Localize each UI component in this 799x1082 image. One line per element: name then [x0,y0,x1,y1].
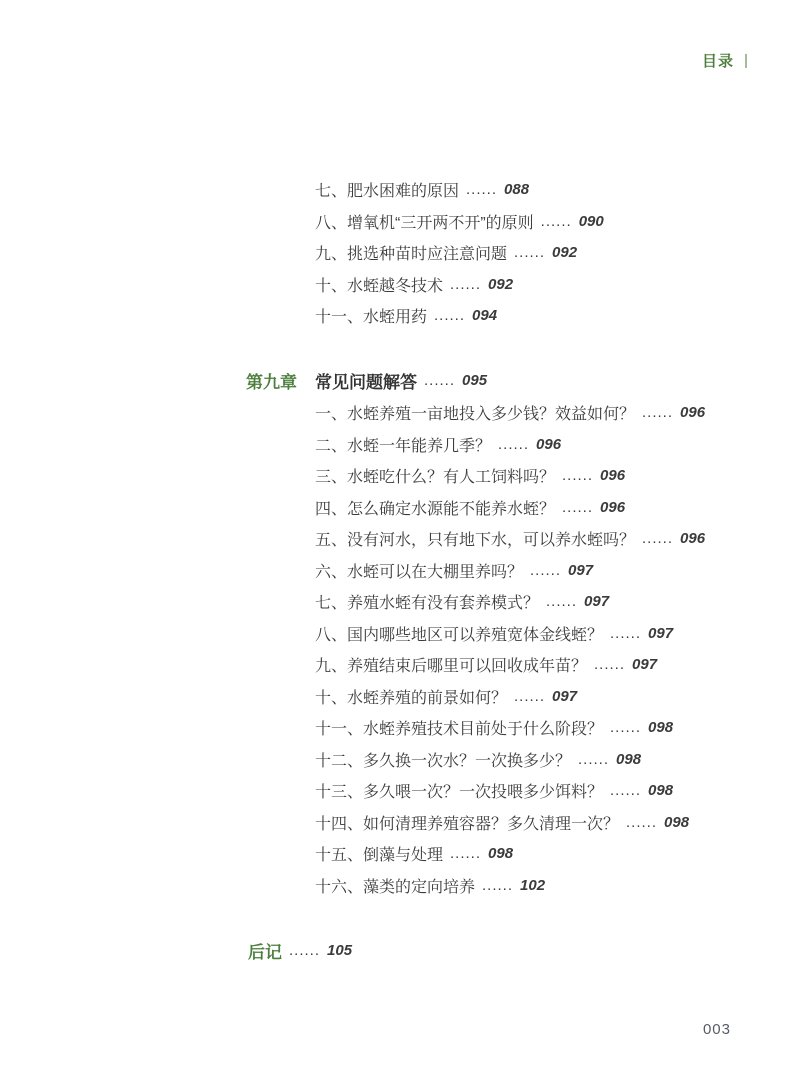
toc-entry-page: 096 [600,499,625,516]
toc-entry-label: 十六、藻类的定向培养 [315,874,475,897]
toc-page: 目录 七、肥水困难的原因 ...... 088 八、增氧机“三开两不开”的原则 … [0,0,799,1082]
toc-entry: 八、增氧机“三开两不开”的原则 ...... 090 [315,206,604,238]
toc-entry-page: 097 [568,562,593,579]
backmatter-title: 后记 [248,938,282,963]
toc-leader-dots: ...... [594,656,625,673]
toc-entry: 一、水蛭养殖一亩地投入多少钱？效益如何？ ...... 096 [315,397,705,429]
toc-entry-label: 十一、水蛭养殖技术目前处于什么阶段？ [315,716,603,739]
toc-entry: 十四、如何清理养殖容器？多久清理一次？ ...... 098 [315,807,705,839]
toc-entry: 四、怎么确定水源能不能养水蛭？ ...... 096 [315,492,705,524]
toc-leader-dots: ...... [546,593,577,610]
toc-entry: 五、没有河水，只有地下水，可以养水蛭吗？ ...... 096 [315,523,705,555]
toc-leader-dots: ...... [424,372,455,389]
toc-entry-label: 三、水蛭吃什么？有人工饲料吗？ [315,464,555,487]
toc-entry-page: 097 [648,625,673,642]
toc-leader-dots: ...... [450,276,481,293]
chapter-title: 常见问题解答 [315,368,417,393]
toc-entry: 八、国内哪些地区可以养殖宽体金线蛭？ ...... 097 [315,618,705,650]
toc-entry-label: 十、水蛭越冬技术 [315,273,443,296]
toc-entry-label: 五、没有河水，只有地下水，可以养水蛭吗？ [315,527,635,550]
toc-entry: 十、水蛭越冬技术 ...... 092 [315,269,604,301]
toc-leader-dots: ...... [626,814,657,831]
toc-leader-dots: ...... [434,307,465,324]
toc-leader-dots: ...... [610,782,641,799]
backmatter-page: 105 [327,942,352,959]
toc-entry-page: 098 [488,845,513,862]
toc-entry-label: 六、水蛭可以在大棚里养吗？ [315,559,523,582]
toc-entry-label: 四、怎么确定水源能不能养水蛭？ [315,496,555,519]
toc-entry-label: 十二、多久换一次水？一次换多少？ [315,748,571,771]
toc-entry: 二、水蛭一年能养几季？ ...... 096 [315,429,705,461]
toc-entry-page: 094 [472,307,497,324]
toc-leader-dots: ...... [514,688,545,705]
toc-entry-label: 九、养殖结束后哪里可以回收成年苗？ [315,653,587,676]
toc-leader-dots: ...... [562,467,593,484]
backmatter-heading: 后记 ...... 105 [248,936,352,964]
toc-entry: 十、水蛭养殖的前景如何？ ...... 097 [315,681,705,713]
toc-entry-label: 七、养殖水蛭有没有套养模式？ [315,590,539,613]
toc-leader-dots: ...... [610,719,641,736]
chapter-heading: 第九章 常见问题解答 ...... 095 [246,366,487,394]
toc-entry-label: 十三、多久喂一次？一次投喂多少饵料？ [315,779,603,802]
toc-leader-dots: ...... [289,942,320,959]
toc-leader-dots: ...... [610,625,641,642]
toc-entry-label: 八、增氧机“三开两不开”的原则 [315,210,534,233]
toc-leader-dots: ...... [562,499,593,516]
toc-entry: 十三、多久喂一次？一次投喂多少饵料？ ...... 098 [315,775,705,807]
header-title: 目录 [702,50,734,71]
toc-entry-page: 098 [648,719,673,736]
toc-entry-label: 七、肥水困难的原因 [315,178,459,201]
toc-leader-dots: ...... [642,530,673,547]
toc-entry-label: 一、水蛭养殖一亩地投入多少钱？效益如何？ [315,401,635,424]
toc-entry-page: 092 [552,244,577,261]
toc-entry-label: 八、国内哪些地区可以养殖宽体金线蛭？ [315,622,603,645]
toc-leader-dots: ...... [578,751,609,768]
toc-entry-label: 十一、水蛭用药 [315,304,427,327]
toc-entry: 七、肥水困难的原因 ...... 088 [315,174,604,206]
toc-entry-page: 097 [632,656,657,673]
toc-entry: 九、养殖结束后哪里可以回收成年苗？ ...... 097 [315,649,705,681]
toc-leader-dots: ...... [498,436,529,453]
toc-entry: 十一、水蛭用药 ...... 094 [315,300,604,332]
chapter-number: 第九章 [246,368,315,393]
toc-entry: 七、养殖水蛭有没有套养模式？ ...... 097 [315,586,705,618]
toc-entry: 六、水蛭可以在大棚里养吗？ ...... 097 [315,555,705,587]
toc-leader-dots: ...... [466,181,497,198]
toc-entry-page: 102 [520,877,545,894]
folio-page-number: 003 [703,1021,731,1038]
toc-entry-label: 十五、倒藻与处理 [315,842,443,865]
toc-entry: 十五、倒藻与处理 ...... 098 [315,838,705,870]
toc-entry-page: 092 [488,276,513,293]
header-separator-bar [745,54,747,68]
toc-entry-label: 九、挑选种苗时应注意问题 [315,241,507,264]
toc-entry-page: 096 [680,404,705,421]
toc-entry-page: 098 [616,751,641,768]
toc-entry: 十一、水蛭养殖技术目前处于什么阶段？ ...... 098 [315,712,705,744]
page-header: 目录 [702,50,747,71]
toc-entry-page: 097 [552,688,577,705]
toc-entry: 十二、多久换一次水？一次换多少？ ...... 098 [315,744,705,776]
toc-leader-dots: ...... [482,877,513,894]
toc-entry-label: 十、水蛭养殖的前景如何？ [315,685,507,708]
toc-entry-label: 二、水蛭一年能养几季？ [315,433,491,456]
toc-entry-page: 096 [600,467,625,484]
toc-entry-page: 090 [579,213,604,230]
toc-continued-section: 七、肥水困难的原因 ...... 088 八、增氧机“三开两不开”的原则 ...… [315,174,604,332]
toc-entry-page: 098 [648,782,673,799]
toc-entry: 九、挑选种苗时应注意问题 ...... 092 [315,237,604,269]
toc-leader-dots: ...... [450,845,481,862]
toc-entry: 十六、藻类的定向培养 ...... 102 [315,870,705,902]
toc-leader-dots: ...... [514,244,545,261]
toc-entry-page: 096 [680,530,705,547]
toc-leader-dots: ...... [541,213,572,230]
chapter-nine-entries: 一、水蛭养殖一亩地投入多少钱？效益如何？ ...... 096 二、水蛭一年能养… [315,397,705,901]
toc-entry-page: 088 [504,181,529,198]
toc-entry-page: 096 [536,436,561,453]
toc-entry-label: 十四、如何清理养殖容器？多久清理一次？ [315,811,619,834]
toc-entry-page: 098 [664,814,689,831]
toc-leader-dots: ...... [530,562,561,579]
toc-entry: 三、水蛭吃什么？有人工饲料吗？ ...... 096 [315,460,705,492]
chapter-page: 095 [462,372,487,389]
toc-leader-dots: ...... [642,404,673,421]
toc-entry-page: 097 [584,593,609,610]
